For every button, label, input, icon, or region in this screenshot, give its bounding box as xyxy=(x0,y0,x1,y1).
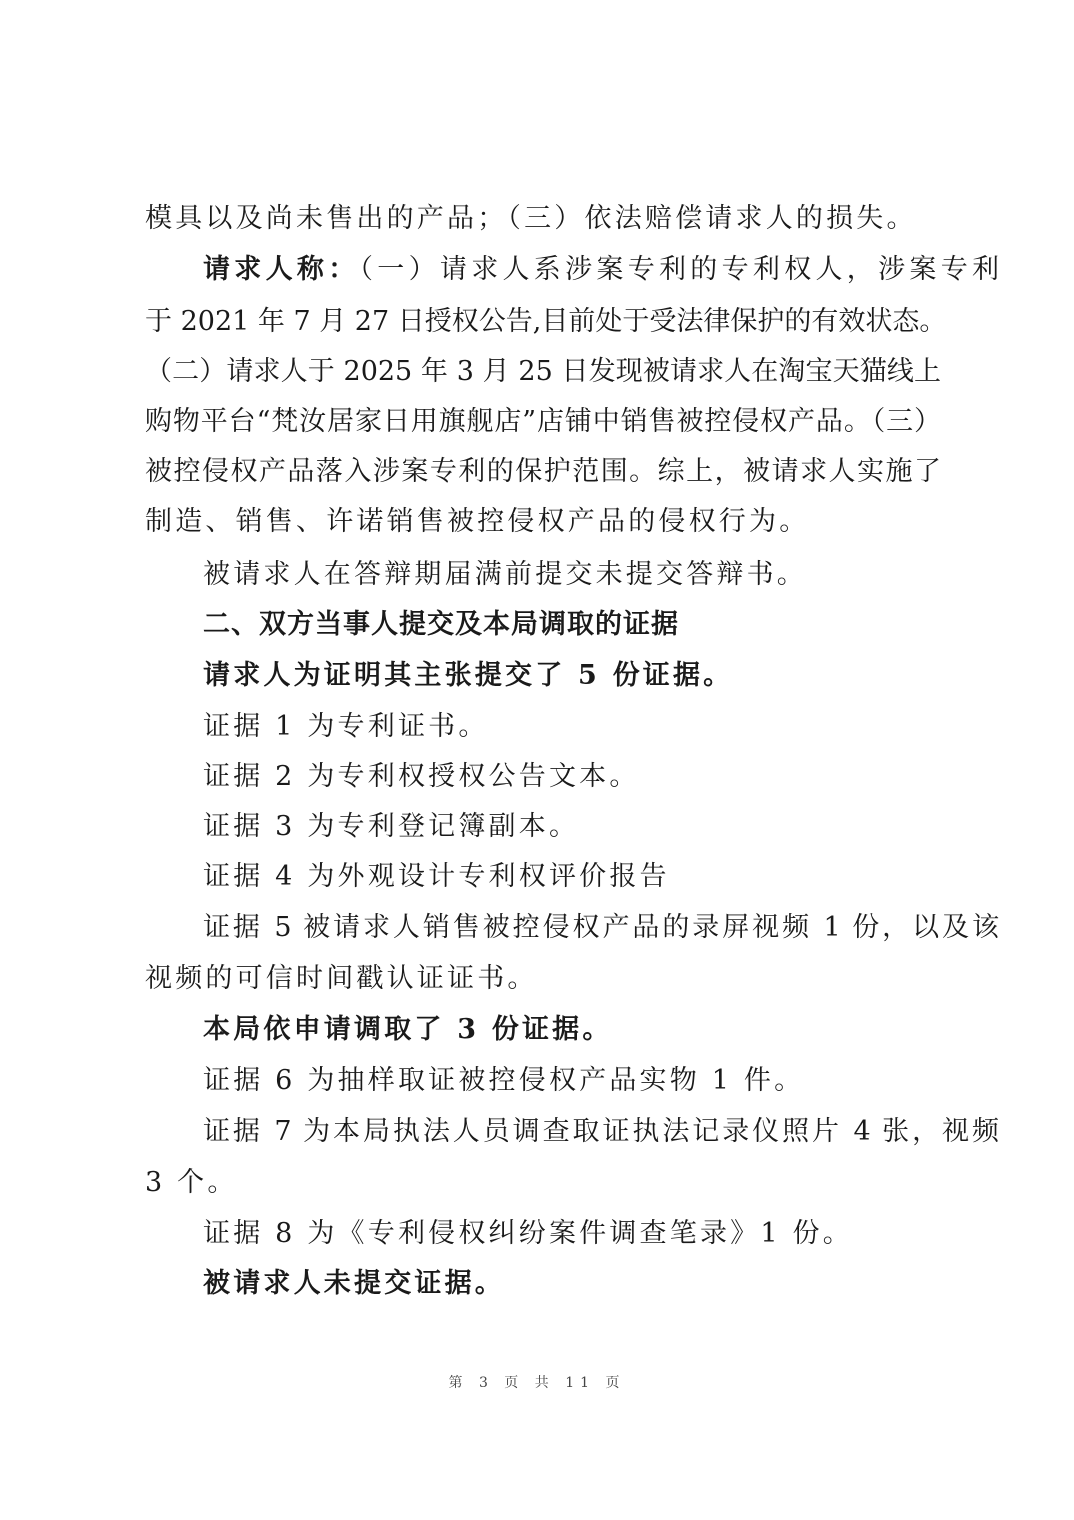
evidence-item-continuation: 3 个。 xyxy=(145,1157,941,1209)
evidence-item: 证据 2 为专利权授权公告文本。 xyxy=(145,751,999,803)
paragraph-line: 被请求人在答辩期届满前提交未提交答辩书。 xyxy=(145,549,999,601)
paragraph-line: 购物平台“梵汝居家日用旗舰店”店铺中销售被控侵权产品。（三） xyxy=(145,396,941,448)
evidence-item: 证据 8 为《专利侵权纠纷案件调查笔录》1 份。 xyxy=(145,1208,999,1260)
subsection-heading: 请求人为证明其主张提交了 5 份证据。 xyxy=(145,650,999,702)
subsection-heading: 被请求人未提交证据。 xyxy=(145,1258,999,1310)
page-number-footer: 第 3 页 共 11 页 xyxy=(0,1372,1074,1392)
evidence-item: 证据 3 为专利登记簿副本。 xyxy=(145,801,999,853)
evidence-item: 证据 6 为抽样取证被控侵权产品实物 1 件。 xyxy=(145,1055,999,1107)
subsection-heading: 本局依申请调取了 3 份证据。 xyxy=(145,1004,999,1056)
paragraph-line: 请求人称：（一）请求人系涉案专利的专利权人，涉案专利 xyxy=(145,244,999,296)
evidence-item-continuation: 视频的可信时间戳认证证书。 xyxy=(145,953,941,1005)
paragraph-line: 制造、销售、许诺销售被控侵权产品的侵权行为。 xyxy=(145,496,941,548)
paragraph-line: （二）请求人于 2025 年 3 月 25 日发现被请求人在淘宝天猫线上 xyxy=(145,346,941,398)
evidence-item: 证据 5 被请求人销售被控侵权产品的录屏视频 1 份，以及该 xyxy=(145,902,999,954)
paragraph-line: 被控侵权产品落入涉案专利的保护范围。综上，被请求人实施了 xyxy=(145,446,941,498)
section-heading: 二、双方当事人提交及本局调取的证据 xyxy=(145,599,999,651)
evidence-item: 证据 4 为外观设计专利权评价报告 xyxy=(145,851,999,903)
evidence-item: 证据 7 为本局执法人员调查取证执法记录仪照片 4 张，视频 xyxy=(145,1106,999,1158)
claimant-statement-label: 请求人称： xyxy=(203,254,360,285)
paragraph-line: 模具以及尚未售出的产品；（三）依法赔偿请求人的损失。 xyxy=(145,193,941,245)
evidence-item: 证据 1 为专利证书。 xyxy=(145,701,999,753)
paragraph-line: 于 2021 年 7 月 27 日授权公告,目前处于受法律保护的有效状态。 xyxy=(145,296,941,348)
